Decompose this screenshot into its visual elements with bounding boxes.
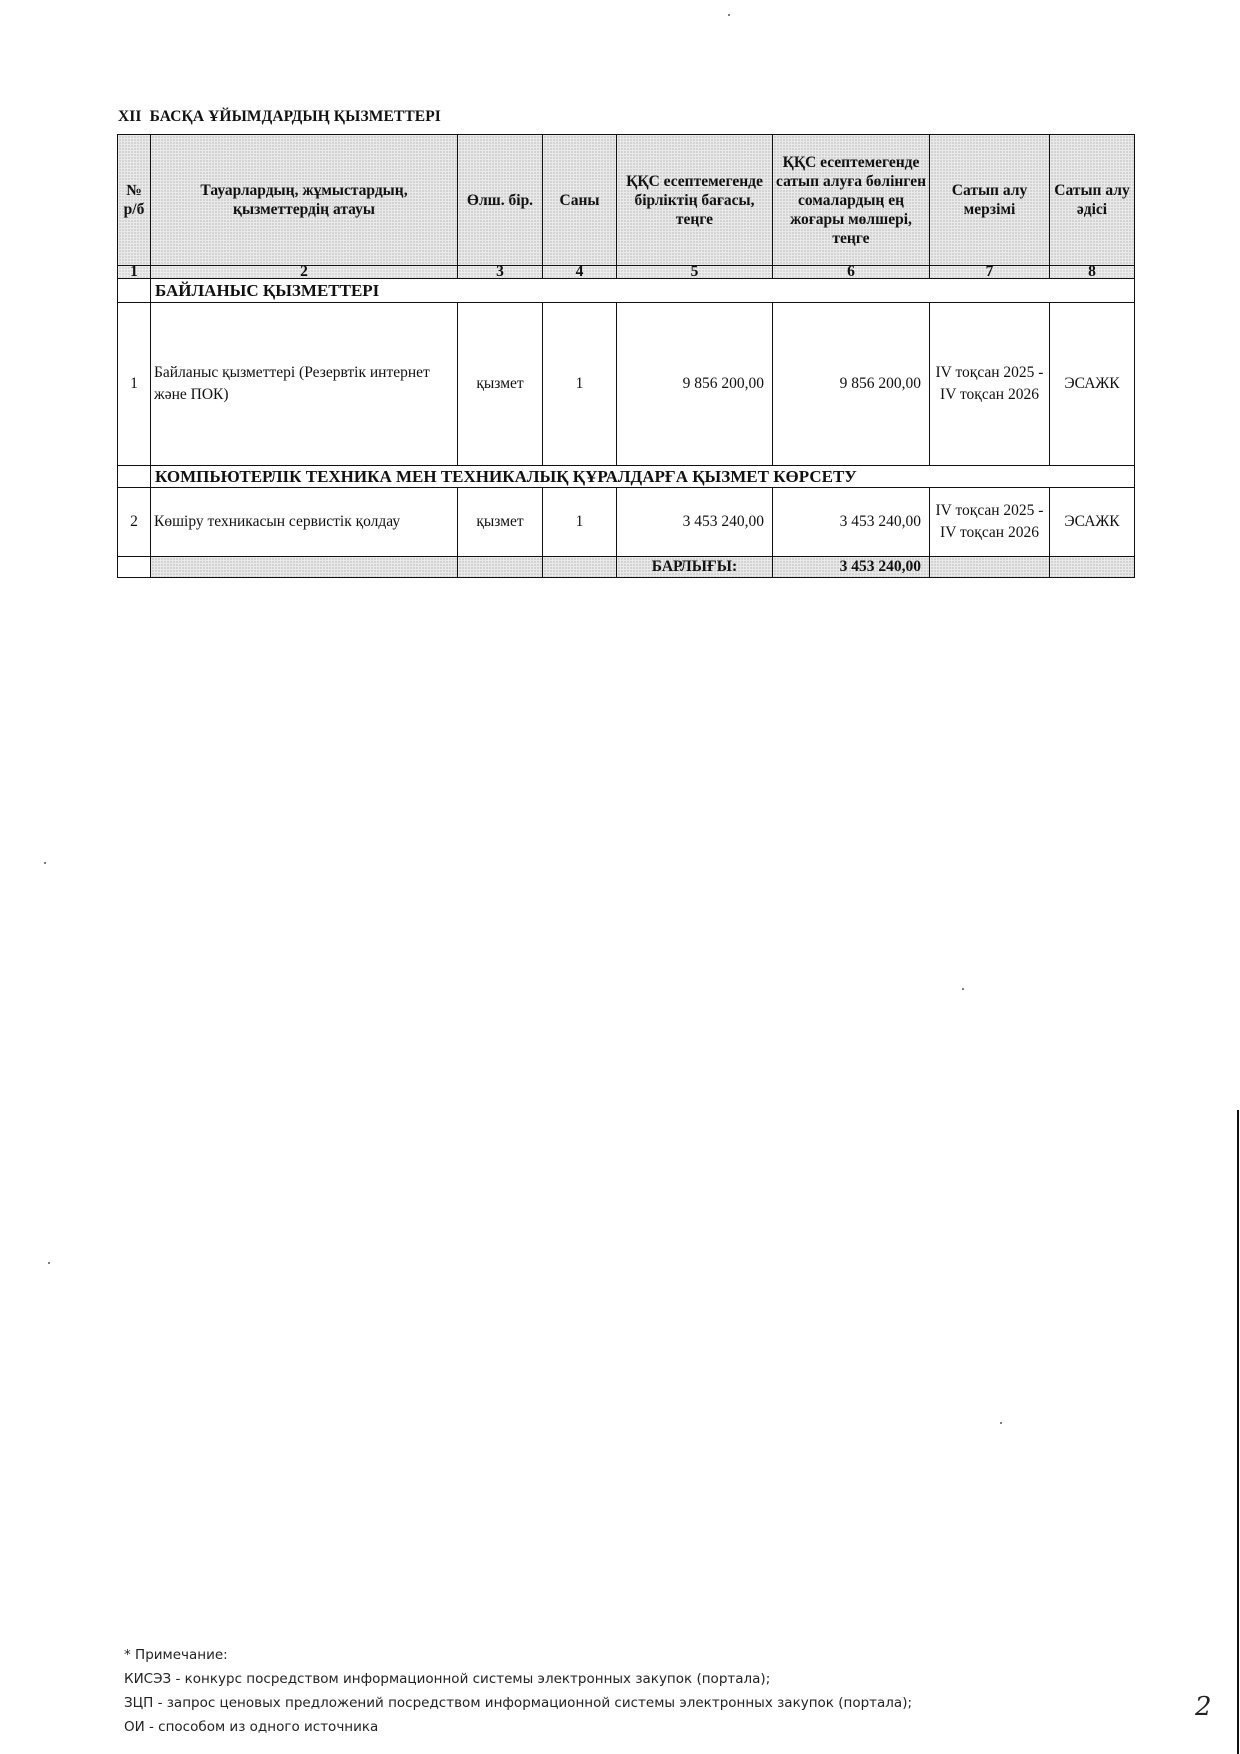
header-quantity: Саны (543, 135, 617, 266)
header-unit-price: ҚҚС есептемегенде бірліктің бағасы, теңг… (617, 135, 773, 266)
procurement-table: № р/б Тауарлардың, жұмыстардың, қызметте… (117, 134, 1135, 578)
row-number: 2 (118, 488, 151, 557)
header-number: № р/б (118, 135, 151, 266)
header-unit: Өлш. бір. (458, 135, 543, 266)
item-max-amount: 9 856 200,00 (773, 303, 930, 466)
column-number: 5 (617, 266, 773, 279)
scan-speck (48, 1262, 50, 1264)
item-unit: қызмет (458, 303, 543, 466)
footnote: * Примечание: КИСЭЗ - конкурс посредство… (124, 1643, 912, 1739)
column-number: 7 (930, 266, 1050, 279)
scan-edge-line (1237, 1110, 1239, 1754)
section-heading: БАСҚА ҰЙЫМДАРДЫҢ ҚЫЗМЕТТЕРІ (150, 108, 441, 125)
total-label: БАРЛЫҒЫ: (617, 557, 773, 578)
total-row: БАРЛЫҒЫ: 3 453 240,00 (118, 557, 1135, 578)
item-quantity: 1 (543, 488, 617, 557)
item-name: Байланыс қызметтері (Резервтік интернет … (151, 303, 458, 466)
item-unit-price: 3 453 240,00 (617, 488, 773, 557)
footnote-line: ЗЦП - запрос ценовых предложений посредс… (124, 1691, 912, 1715)
column-number: 6 (773, 266, 930, 279)
column-number: 2 (151, 266, 458, 279)
category-row: КОМПЬЮТЕРЛІК ТЕХНИКА МЕН ТЕХНИКАЛЫҚ ҚҰРА… (118, 466, 1135, 488)
table-row: 1 Байланыс қызметтері (Резервтік интерне… (118, 303, 1135, 466)
category-title: БАЙЛАНЫС ҚЫЗМЕТТЕРІ (151, 279, 1135, 303)
footnote-line: КИСЭЗ - конкурс посредством информационн… (124, 1667, 912, 1691)
item-period: IV тоқсан 2025 - IV тоқсан 2026 (930, 488, 1050, 557)
scan-speck (1000, 1422, 1002, 1424)
table-row: 2 Көшіру техникасын сервистік қолдау қыз… (118, 488, 1135, 557)
item-max-amount: 3 453 240,00 (773, 488, 930, 557)
scan-speck (962, 988, 964, 990)
item-period: IV тоқсан 2025 - IV тоқсан 2026 (930, 303, 1050, 466)
item-method: ЭСАЖК (1050, 488, 1135, 557)
column-number: 4 (543, 266, 617, 279)
column-number: 3 (458, 266, 543, 279)
header-method: Сатып алу әдісі (1050, 135, 1135, 266)
section-title: XIIБАСҚА ҰЙЫМДАРДЫҢ ҚЫЗМЕТТЕРІ (118, 108, 441, 126)
item-quantity: 1 (543, 303, 617, 466)
scan-speck (44, 862, 46, 864)
item-name: Көшіру техникасын сервистік қолдау (151, 488, 458, 557)
footnote-line: ОИ - способом из одного источника (124, 1715, 912, 1739)
total-value: 3 453 240,00 (773, 557, 930, 578)
column-number: 1 (118, 266, 151, 279)
column-number-row: 1 2 3 4 5 6 7 8 (118, 266, 1135, 279)
handwritten-page-number: 2 (1195, 1692, 1212, 1722)
item-method: ЭСАЖК (1050, 303, 1135, 466)
category-row: БАЙЛАНЫС ҚЫЗМЕТТЕРІ (118, 279, 1135, 303)
header-period: Сатып алу мерзімі (930, 135, 1050, 266)
row-number: 1 (118, 303, 151, 466)
footnote-heading: * Примечание: (124, 1643, 912, 1667)
item-unit-price: 9 856 200,00 (617, 303, 773, 466)
scan-speck (728, 14, 730, 16)
header-name: Тауарлардың, жұмыстардың, қызметтердің а… (151, 135, 458, 266)
item-unit: қызмет (458, 488, 543, 557)
header-max-amount: ҚҚС есептемегенде сатып алуға бөлінген с… (773, 135, 930, 266)
header-row: № р/б Тауарлардың, жұмыстардың, қызметте… (118, 135, 1135, 266)
column-number: 8 (1050, 266, 1135, 279)
category-title: КОМПЬЮТЕРЛІК ТЕХНИКА МЕН ТЕХНИКАЛЫҚ ҚҰРА… (151, 466, 1135, 488)
section-number: XII (118, 108, 142, 125)
